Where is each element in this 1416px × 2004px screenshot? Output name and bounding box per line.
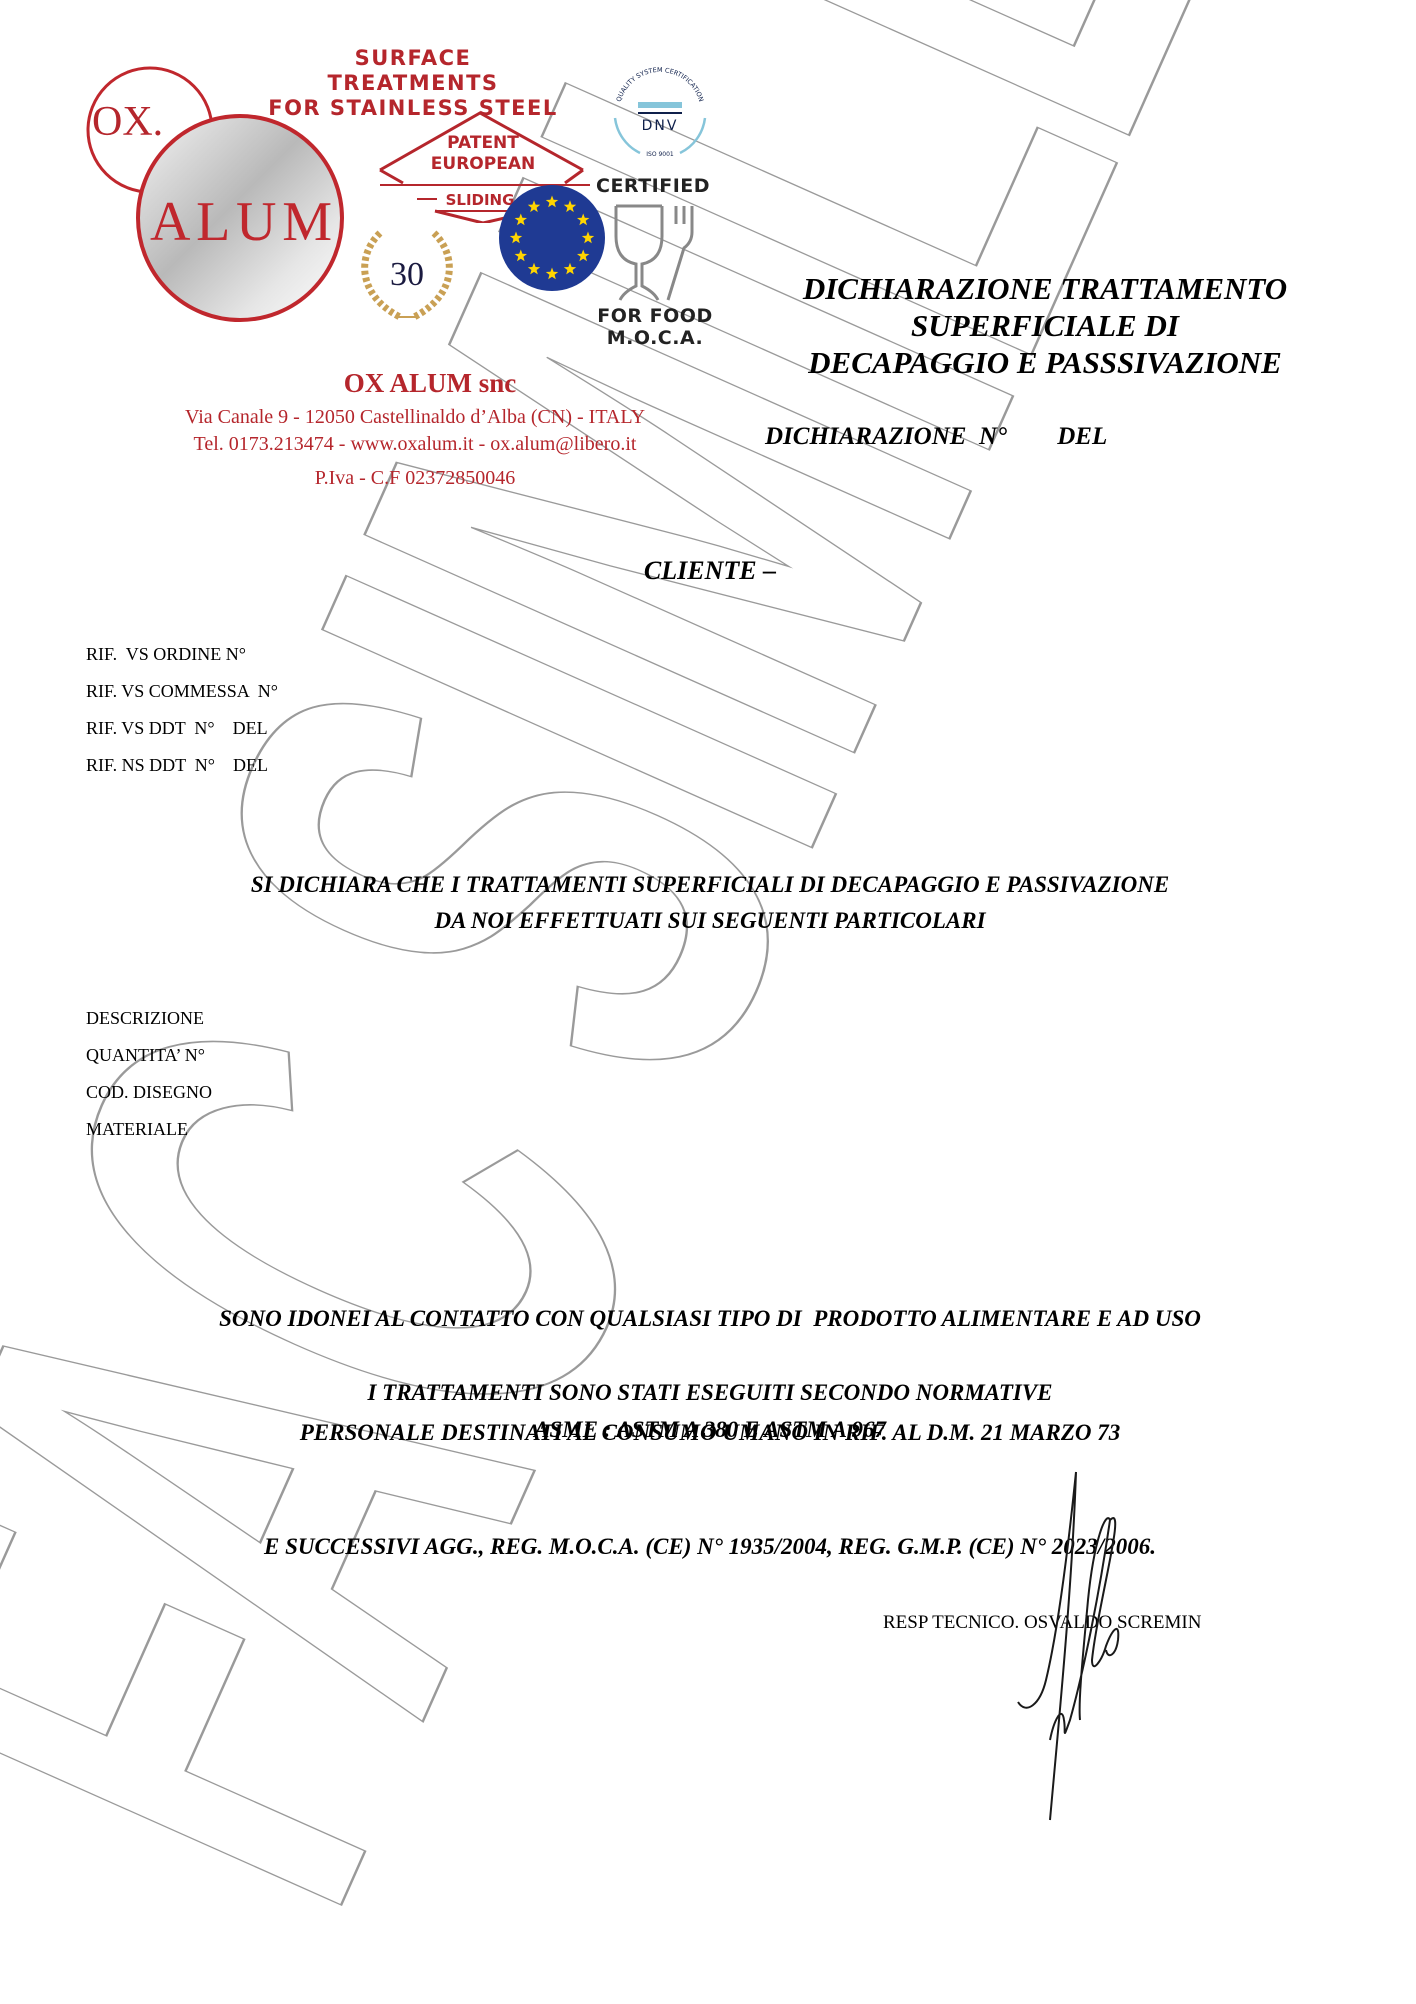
certified-label: CERTIFIED: [596, 175, 710, 197]
ref-customer-ddt: RIF. VS DDT N° DEL: [86, 718, 268, 739]
title-line-3: DECAPAGGIO E PASSSIVAZIONE: [755, 344, 1335, 381]
dnv-certification-badge: QUALITY SYSTEM CERTIFICATION DNV ISO 900…: [605, 58, 715, 168]
company-contacts: Tel. 0173.213474 - www.oxalum.it - ox.al…: [120, 433, 710, 456]
company-address: Via Canale 9 - 12050 Castellinaldo d’Alb…: [120, 406, 710, 429]
tagline-line-1: SURFACE TREATMENTS: [268, 46, 558, 96]
signature: [1010, 1470, 1140, 1830]
eu-flag-icon: [497, 183, 607, 293]
title-line-2: SUPERFICIALE DI: [755, 307, 1335, 344]
dnv-ring-text: QUALITY SYSTEM CERTIFICATION: [615, 66, 706, 103]
declaration-intro-line-1: SI DICHIARA CHE I TRATTAMENTI SUPERFICIA…: [60, 867, 1360, 903]
logo-main-word: ALUM: [150, 191, 332, 253]
patent-line-2: EUROPEAN: [431, 154, 535, 174]
declaration-intro-line-2: DA NOI EFFETTUATI SUI SEGUENTI PARTICOLA…: [60, 903, 1360, 939]
field-description: DESCRIZIONE: [86, 1008, 204, 1029]
document-title: DICHIARAZIONE TRATTAMENTO SUPERFICIALE D…: [755, 270, 1335, 381]
food-label-line-1: FOR FOOD: [596, 305, 714, 327]
logo-top-word: OX.: [92, 99, 163, 145]
patent-line-1: PATENT: [447, 133, 519, 153]
declaration-number-label: DICHIARAZIONE N°: [765, 423, 1007, 451]
suitability-line-1: SONO IDONEI AL CONTATTO CON QUALSIASI TI…: [60, 1300, 1360, 1338]
client-label: CLIENTE –: [560, 556, 860, 586]
declaration-date-label: DEL: [1057, 423, 1107, 451]
field-drawing-code: COD. DISEGNO: [86, 1082, 212, 1103]
anniversary-number: 30: [390, 256, 424, 293]
company-vat: P.Iva - C.F 02372850046: [120, 467, 710, 490]
declaration-intro: SI DICHIARA CHE I TRATTAMENTI SUPERFICIA…: [60, 867, 1360, 939]
dnv-standard: ISO 9001: [646, 151, 674, 158]
standards-line-1: I TRATTAMENTI SONO STATI ESEGUITI SECOND…: [60, 1374, 1360, 1411]
ref-job-number: RIF. VS COMMESSA N°: [86, 681, 278, 702]
food-label-line-2: M.O.C.A.: [596, 327, 714, 349]
ref-our-ddt: RIF. NS DDT N° DEL: [86, 755, 268, 776]
food-label: FOR FOOD M.O.C.A.: [596, 305, 714, 349]
standards-line-2: ASME : ASTM A 380 E ASTM A 967: [60, 1411, 1360, 1448]
company-name: OX ALUM snc: [150, 368, 710, 399]
svg-text:QUALITY SYSTEM CERTIFICATION: QUALITY SYSTEM CERTIFICATION: [615, 66, 706, 103]
suitability-line-3: E SUCCESSIVI AGG., REG. M.O.C.A. (CE) N°…: [60, 1528, 1360, 1566]
dnv-brand: DNV: [642, 118, 679, 134]
standards-statement: I TRATTAMENTI SONO STATI ESEGUITI SECOND…: [60, 1374, 1360, 1448]
title-line-1: DICHIARAZIONE TRATTAMENTO: [755, 270, 1335, 307]
field-material: MATERIALE: [86, 1119, 188, 1140]
anniversary-badge: 30: [352, 225, 462, 325]
declaration-number-line: DICHIARAZIONE N° DEL: [765, 423, 1107, 451]
ref-order-number: RIF. VS ORDINE N°: [86, 644, 246, 665]
food-contact-icon: [610, 202, 705, 302]
field-quantity: QUANTITA’ N°: [86, 1045, 205, 1066]
